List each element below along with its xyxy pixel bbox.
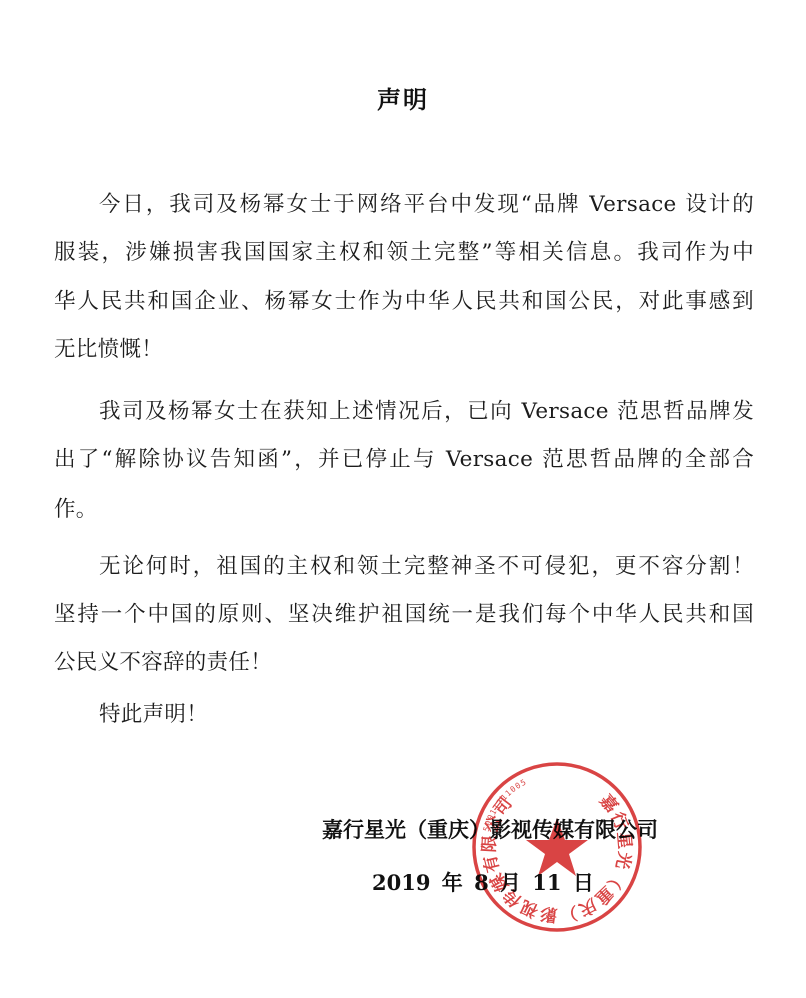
- star-icon: [526, 818, 588, 876]
- paragraph-1-line-1: 今日，我司及杨幂女士于网络平台中发现“品牌 Versace 设计的: [99, 190, 754, 220]
- paragraph-2-line-2: 出了“解除协议告知函”，并已停止与 Versace 范思哲品牌的全部合: [54, 445, 754, 475]
- paragraph-3-line-1: 无论何时，祖国的主权和领土完整神圣不可侵犯，更不容分割！: [99, 552, 754, 582]
- page-title: 声明: [0, 84, 806, 116]
- paragraph-3-line-3: 公民义不容辞的责任！: [54, 648, 754, 678]
- paragraph-3-line-2: 坚持一个中国的原则、坚决维护祖国统一是我们每个中华人民共和国: [54, 600, 754, 630]
- paragraph-4-line-1: 特此声明！: [99, 700, 754, 730]
- paragraph-2-line-1: 我司及杨幂女士在获知上述情况后，已向 Versace 范思哲品牌发: [99, 397, 754, 427]
- paragraph-2-line-3: 作。: [54, 495, 754, 525]
- statement-page: 声明 今日，我司及杨幂女士于网络平台中发现“品牌 Versace 设计的 服装，…: [0, 0, 806, 998]
- paragraph-1-line-4: 无比愤慨！: [54, 335, 754, 365]
- company-seal: 嘉行星光（重庆）影视传媒有限公司 50011711005: [470, 760, 644, 934]
- paragraph-1-line-2: 服装，涉嫌损害我国国家主权和领土完整”等相关信息。我司作为中: [54, 238, 754, 268]
- paragraph-1-line-3: 华人民共和国企业、杨幂女士作为中华人民共和国公民，对此事感到: [54, 287, 754, 317]
